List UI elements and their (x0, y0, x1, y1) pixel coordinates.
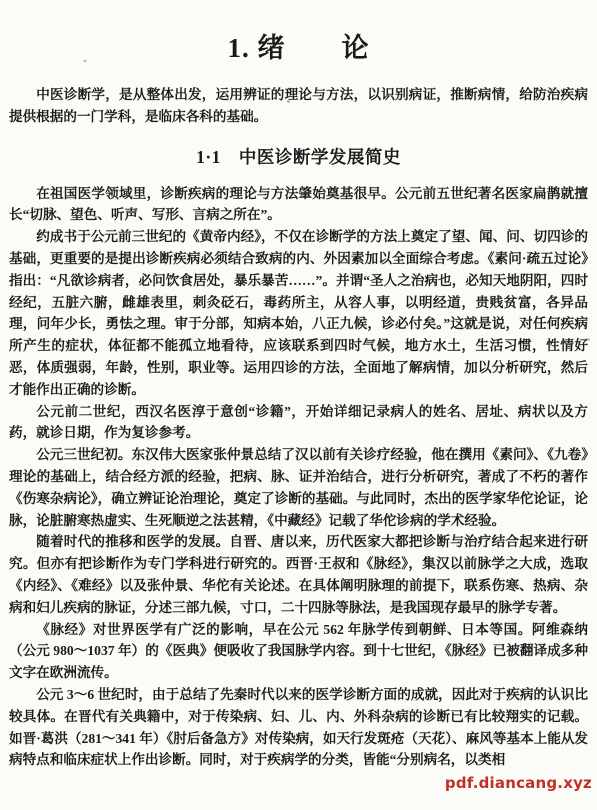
body-paragraph: 《脉经》对世界医学有广泛的影响，早在公元 562 年脉学传到朝鲜、日本等国。阿维… (9, 619, 588, 684)
body-paragraph: 公元前二世纪，西汉名医淳于意创“诊籍”，开始详细记录病人的姓名、居址、病状以及方… (9, 401, 588, 445)
scanned-book-page: 1. 绪 论 中医诊断学，是从整体出发，运用辨证的理论与方法，以识别病证，推断病… (0, 0, 597, 810)
watermark-text: pdf.diancang.xyz (445, 774, 592, 792)
body-paragraph: 公元三世纪初。东汉伟大医家张仲景总结了汉以前有关诊疗经验，他在撰用《素问》、《九… (9, 444, 588, 531)
section-heading: 1·1 中医诊断学发展简史 (9, 145, 588, 169)
body-paragraph: 约成书于公元前三世纪的《黄帝内经》，不仅在诊断学的方法上奠定了望、闻、问、切四诊… (9, 226, 588, 400)
scan-noise-dot (83, 60, 87, 62)
chapter-title: 1. 绪 论 (9, 32, 588, 64)
scan-noise-dot (287, 100, 290, 103)
body-paragraph: 公元 3～6 世纪时，由于总结了先秦时代以来的医学诊断方面的成就，因此对于疾病的… (9, 684, 588, 771)
body-paragraph: 在祖国医学领域里，诊断疾病的理论与方法肇始奠基很早。公元前五世纪著名医家扁鹊就擅… (9, 183, 588, 227)
intro-paragraph: 中医诊断学，是从整体出发，运用辨证的理论与方法，以识别病证，推断病情，给防治疾病… (9, 84, 588, 128)
body-paragraph: 随着时代的推移和医学的发展。自晋、唐以来，历代医家大都把诊断与治疗结合起来进行研… (9, 531, 588, 618)
scan-noise-dot (587, 338, 590, 341)
